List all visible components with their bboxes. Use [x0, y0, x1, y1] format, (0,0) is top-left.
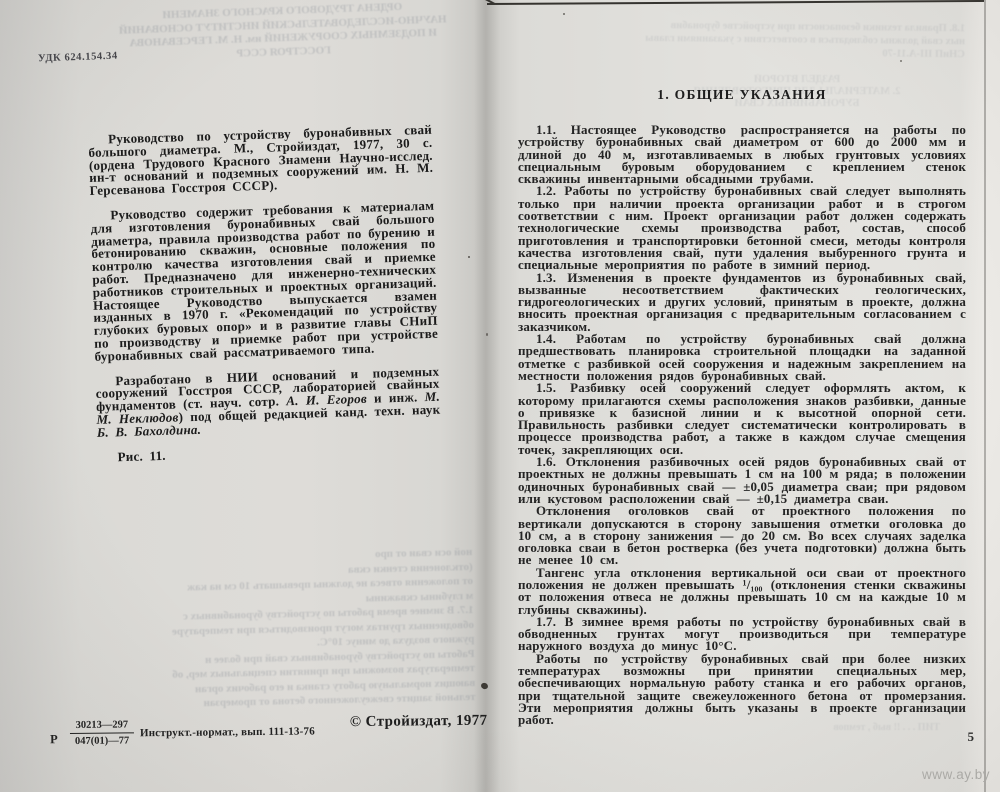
- text-line: 1.6. Отклонения разбивочных осей рядов б…: [518, 456, 966, 505]
- catalog-index-denominator: 047(01)—77: [70, 733, 134, 748]
- book-scan: ОРДЕНА ТРУДОВОГО КРАСНОГО ЗНАМЕНИНАУЧНО-…: [0, 0, 1000, 792]
- text-line: ружного воздуха до минус 10°С.: [28, 632, 474, 657]
- page-top-edge: [487, 0, 1000, 5]
- text-line: Работы по устройству буронабивных свай п…: [518, 653, 966, 727]
- text-line: 1.2. Работы по устройству буронабивных с…: [518, 185, 966, 271]
- text-line: НАУЧНО-ИССЛЕДОВАТЕЛЬСКИЙ ИНСТИТУТ ОСНОВА…: [100, 12, 466, 38]
- text-line: ГОССТРОЯ СССР: [101, 39, 467, 65]
- bleedthrough-text-bottom-left: ной оси сваи от про(отклонения стенки ск…: [26, 545, 476, 715]
- text-line: Работы по устройству буронабивных свай п…: [29, 646, 475, 671]
- ink-speck: [563, 13, 565, 15]
- annotation-block: Руководство по устройству буронабивных с…: [88, 124, 442, 464]
- page-number: 5: [948, 729, 974, 745]
- imprint-line: Р 30213—297 047(01)—77 Инструкт.-нормат.…: [36, 711, 488, 760]
- text-line: 1.3. Изменения в проекте фундаментов из …: [518, 272, 966, 333]
- text-line: 1.1. Настоящее Руководство распространяе…: [518, 124, 966, 185]
- series-label: Инструкт.-нормат., вып. 111-13-76: [140, 725, 315, 739]
- text-line: СНиП III-А.11-70: [545, 44, 965, 61]
- text-line: (отклонения стенки сква: [27, 559, 473, 584]
- text-line: Рис. 11.: [97, 441, 441, 464]
- text-line: ОРДЕНА ТРУДОВОГО КРАСНОГО ЗНАМЕНИ: [99, 0, 465, 25]
- bleedthrough-text-top-right: 1.8. Правила техники безопасности при ус…: [545, 18, 965, 61]
- ink-speck: [468, 256, 470, 258]
- copyright-notice: © Стройиздат, 1977: [350, 713, 488, 731]
- catalog-index: 30213—297 047(01)—77: [70, 718, 134, 748]
- page-gutter: [474, 0, 500, 792]
- bleedthrough-text-top-left: ОРДЕНА ТРУДОВОГО КРАСНОГО ЗНАМЕНИНАУЧНО-…: [99, 0, 467, 65]
- text-line: 1.4. Работам по устройству буронабивных …: [518, 333, 966, 382]
- text-line: м глубины скважины: [27, 588, 473, 613]
- section-heading: 1. ОБЩИЕ УКАЗАНИЯ: [518, 87, 966, 103]
- text-line: 1.8. Правила техники безопасности при ус…: [545, 18, 965, 35]
- ink-speck: [900, 60, 902, 62]
- text-line: ной оси сваи от про: [26, 545, 472, 570]
- udc-code: УДК 624.154.34: [38, 51, 118, 65]
- watermark: www.ay.by: [922, 767, 990, 782]
- section-body: 1.1. Настоящее Руководство распространяе…: [518, 124, 966, 727]
- text-line: 1.5. Разбивку осей сооружений следует оф…: [518, 382, 966, 456]
- credited-name: Б. В. Бахолдина.: [97, 422, 202, 440]
- text-line: 1.7. В зимнее время работы по устройству…: [518, 616, 966, 653]
- text-line: обводненных грунтах могут производиться …: [28, 617, 474, 642]
- page-right-edge: [984, 0, 1000, 792]
- imprint-letter: Р: [50, 732, 58, 747]
- text-line: Руководство по устройству буронабивных с…: [88, 124, 434, 198]
- text-line: ных свай должны соблюдаться в соответств…: [545, 31, 965, 48]
- text-line: Тангенс угла отклонения вертикальной оси…: [518, 567, 966, 616]
- text-line: 1.7. В зимнее время работы по устройству…: [28, 603, 474, 628]
- text-line: температурах возможны при принятии специ…: [29, 661, 475, 686]
- text-line: РАЗДЕЛ ВТОРОЙ: [652, 74, 942, 86]
- catalog-index-numerator: 30213—297: [70, 718, 134, 734]
- text-line: от положения отвеса не должны превышать …: [27, 574, 473, 599]
- text-line: вающих нормальную работу станка и его ра…: [29, 675, 475, 700]
- text-line: И ПОДЗЕМНЫХ СООРУЖЕНИЙ им. Н. М. ГЕРСЕВА…: [100, 26, 466, 52]
- text-line: Разработано в НИИ оснований и подземных …: [95, 365, 441, 439]
- text-line: Руководство содержит требования к матери…: [90, 200, 438, 364]
- ink-speck: [486, 333, 488, 336]
- text-line: Отклонения оголовков свай от проектного …: [518, 505, 966, 566]
